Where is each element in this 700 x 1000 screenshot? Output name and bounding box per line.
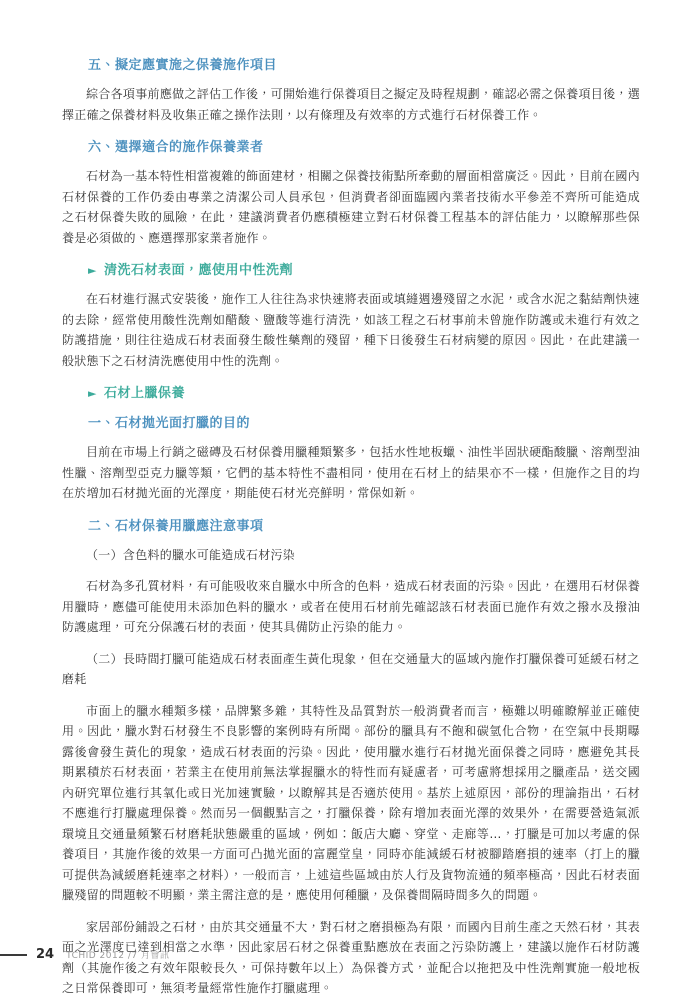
document-page: 五、擬定應實施之保養施作項目 綜合各項事前應做之評估工作後，可開始進行保養項目之… [0, 0, 700, 1000]
paragraph-section-5: 綜合各項事前應做之評估工作後，可開始進行保養項目之擬定及時程規劃，確認必需之保養… [62, 84, 640, 125]
paragraph-waxing-purpose: 目前在市場上行銷之磁磚及石材保養用臘種類繁多，包括水性地板蠟、油性半固狀硬酯酸臘… [62, 442, 640, 504]
paragraph-pigment-wax: 石材為多孔質材料，有可能吸收來自臘水中所含的色料，造成石材表面的污染。因此，在選… [62, 576, 640, 638]
bullet-heading-label: 石材上臘保養 [104, 386, 185, 401]
paragraph-neutral-cleaner: 在石材進行濕式安裝後，施作工人往往為求快速將表面或填縫週邊殘留之水泥，或含水泥之… [62, 289, 640, 371]
paragraph-section-6: 石材為一基本特性相當複雜的飾面建材，相關之保養技術點所牽動的層面相當廣泛。因此，… [62, 166, 640, 248]
page-footer: 24 TCHID 2012 /7 月會訊 [0, 947, 169, 962]
subsection-heading-2: 二、石材保養用臘應注意事項 [62, 515, 640, 534]
arrow-bullet-icon: ► [88, 387, 97, 400]
numbered-subheading-1: （一）含色料的臘水可能造成石材污染 [62, 545, 640, 566]
bullet-heading-neutral-cleaner: ►清洗石材表面，應使用中性洗劑 [62, 259, 640, 278]
journal-title: TCHID 2012 /7 月會訊 [66, 948, 169, 961]
footer-rule [0, 954, 27, 956]
bullet-heading-label: 清洗石材表面，應使用中性洗劑 [104, 263, 293, 278]
article-body: 五、擬定應實施之保養施作項目 綜合各項事前應做之評估工作後，可開始進行保養項目之… [0, 0, 700, 999]
bullet-heading-waxing: ►石材上臘保養 [62, 382, 640, 401]
section-heading-6: 六、選擇適合的施作保養業者 [62, 136, 640, 155]
paragraph-yellowing: 市面上的臘水種類多樣，品牌繁多雜，其特性及品質對於一般消費者而言，極難以明確瞭解… [62, 701, 640, 906]
arrow-bullet-icon: ► [88, 264, 97, 277]
subsection-heading-1: 一、石材拋光面打臘的目的 [62, 412, 640, 431]
page-number: 24 [36, 947, 54, 962]
section-heading-5: 五、擬定應實施之保養施作項目 [62, 54, 640, 73]
numbered-subheading-2: （二）長時間打臘可能造成石材表面產生黃化現象，但在交通量大的區域內施作打臘保養可… [62, 649, 640, 690]
